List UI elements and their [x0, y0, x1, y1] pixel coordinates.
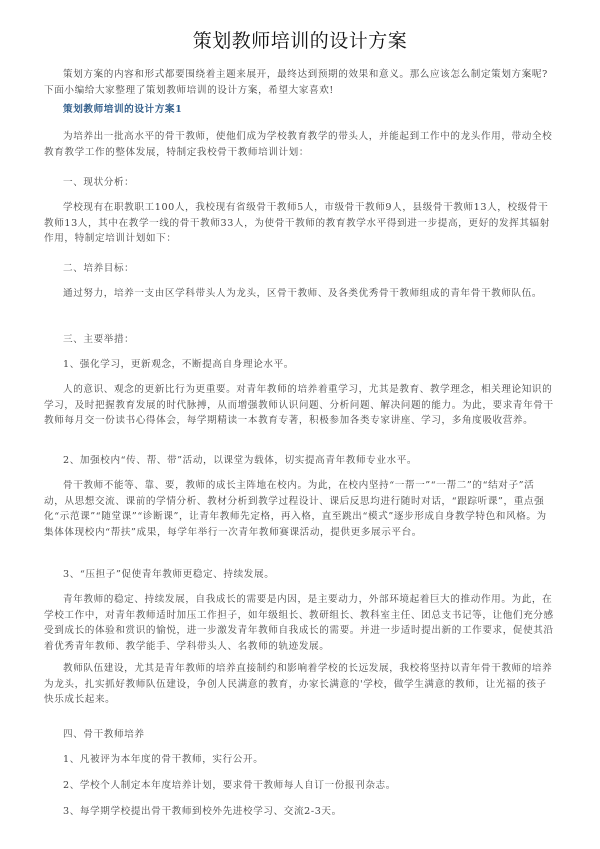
paragraph-team-building: 教师队伍建设，尤其是青年教师的培养直接制约和影响着学校的长远发展，我校将坚持以青… — [44, 661, 554, 708]
list-item-3: 3、每学期学校提出骨干教师到校外先进校学习、交流2-3天。 — [63, 804, 342, 819]
heading-status-analysis: 一、现状分析： — [63, 175, 134, 190]
paragraph-measure-2: 骨干教师不能等、靠、要，教师的成长主阵地在校内。为此，在校内坚持“一帮一”“一帮… — [44, 478, 554, 540]
paragraph-measure-3: 青年教师的稳定、持续发展，自我成长的需要是内因，是主要动力，外部环境起着巨大的推… — [44, 592, 554, 654]
paragraph-measure-1: 人的意识、观念的更新比行为更重要。对青年教师的培养着重学习，尤其是教育、教学理念… — [44, 382, 554, 429]
measure-1: 1、强化学习，更新观念，不断提高自身理论水平。 — [63, 357, 294, 372]
intro-paragraph: 策划方案的内容和形式都要围绕着主题来展开，最终达到预期的效果和意义。那么应该怎么… — [44, 67, 554, 98]
paragraph-purpose: 为培养出一批高水平的骨干教师，使他们成为学校教育教学的带头人，并能起到工作中的龙… — [44, 129, 554, 160]
paragraph-goals: 通过努力，培养一支由区学科带头人为龙头，区骨干教师、及各类优秀骨干教师组成的青年… — [44, 286, 554, 302]
heading-measures: 三、主要举措： — [63, 332, 134, 347]
document-title: 策划教师培训的设计方案 — [0, 26, 600, 53]
section-subtitle: 策划教师培训的设计方案1 — [63, 101, 182, 115]
list-item-1: 1、凡被评为本年度的骨干教师，实行公开。 — [63, 752, 263, 767]
list-item-2: 2、学校个人制定本年度培养计划，要求骨干教师每人自订一份报刊杂志。 — [63, 778, 396, 793]
paragraph-status: 学校现有在职教职工100人，我校现有省级骨干教师5人，市级骨干教师9人，县级骨干… — [44, 200, 554, 247]
document-page: 策划教师培训的设计方案 策划方案的内容和形式都要围绕着主题来展开，最终达到预期的… — [0, 0, 600, 849]
heading-goals: 二、培养目标： — [63, 261, 134, 276]
measure-3: 3、“压担子”促使青年教师更稳定、持续发展。 — [63, 567, 274, 582]
measure-2: 2、加强校内“传、帮、带”活动，以课堂为载体，切实提高青年教师专业水平。 — [63, 453, 417, 468]
heading-backbone-training: 四、骨干教师培养 — [63, 727, 145, 742]
